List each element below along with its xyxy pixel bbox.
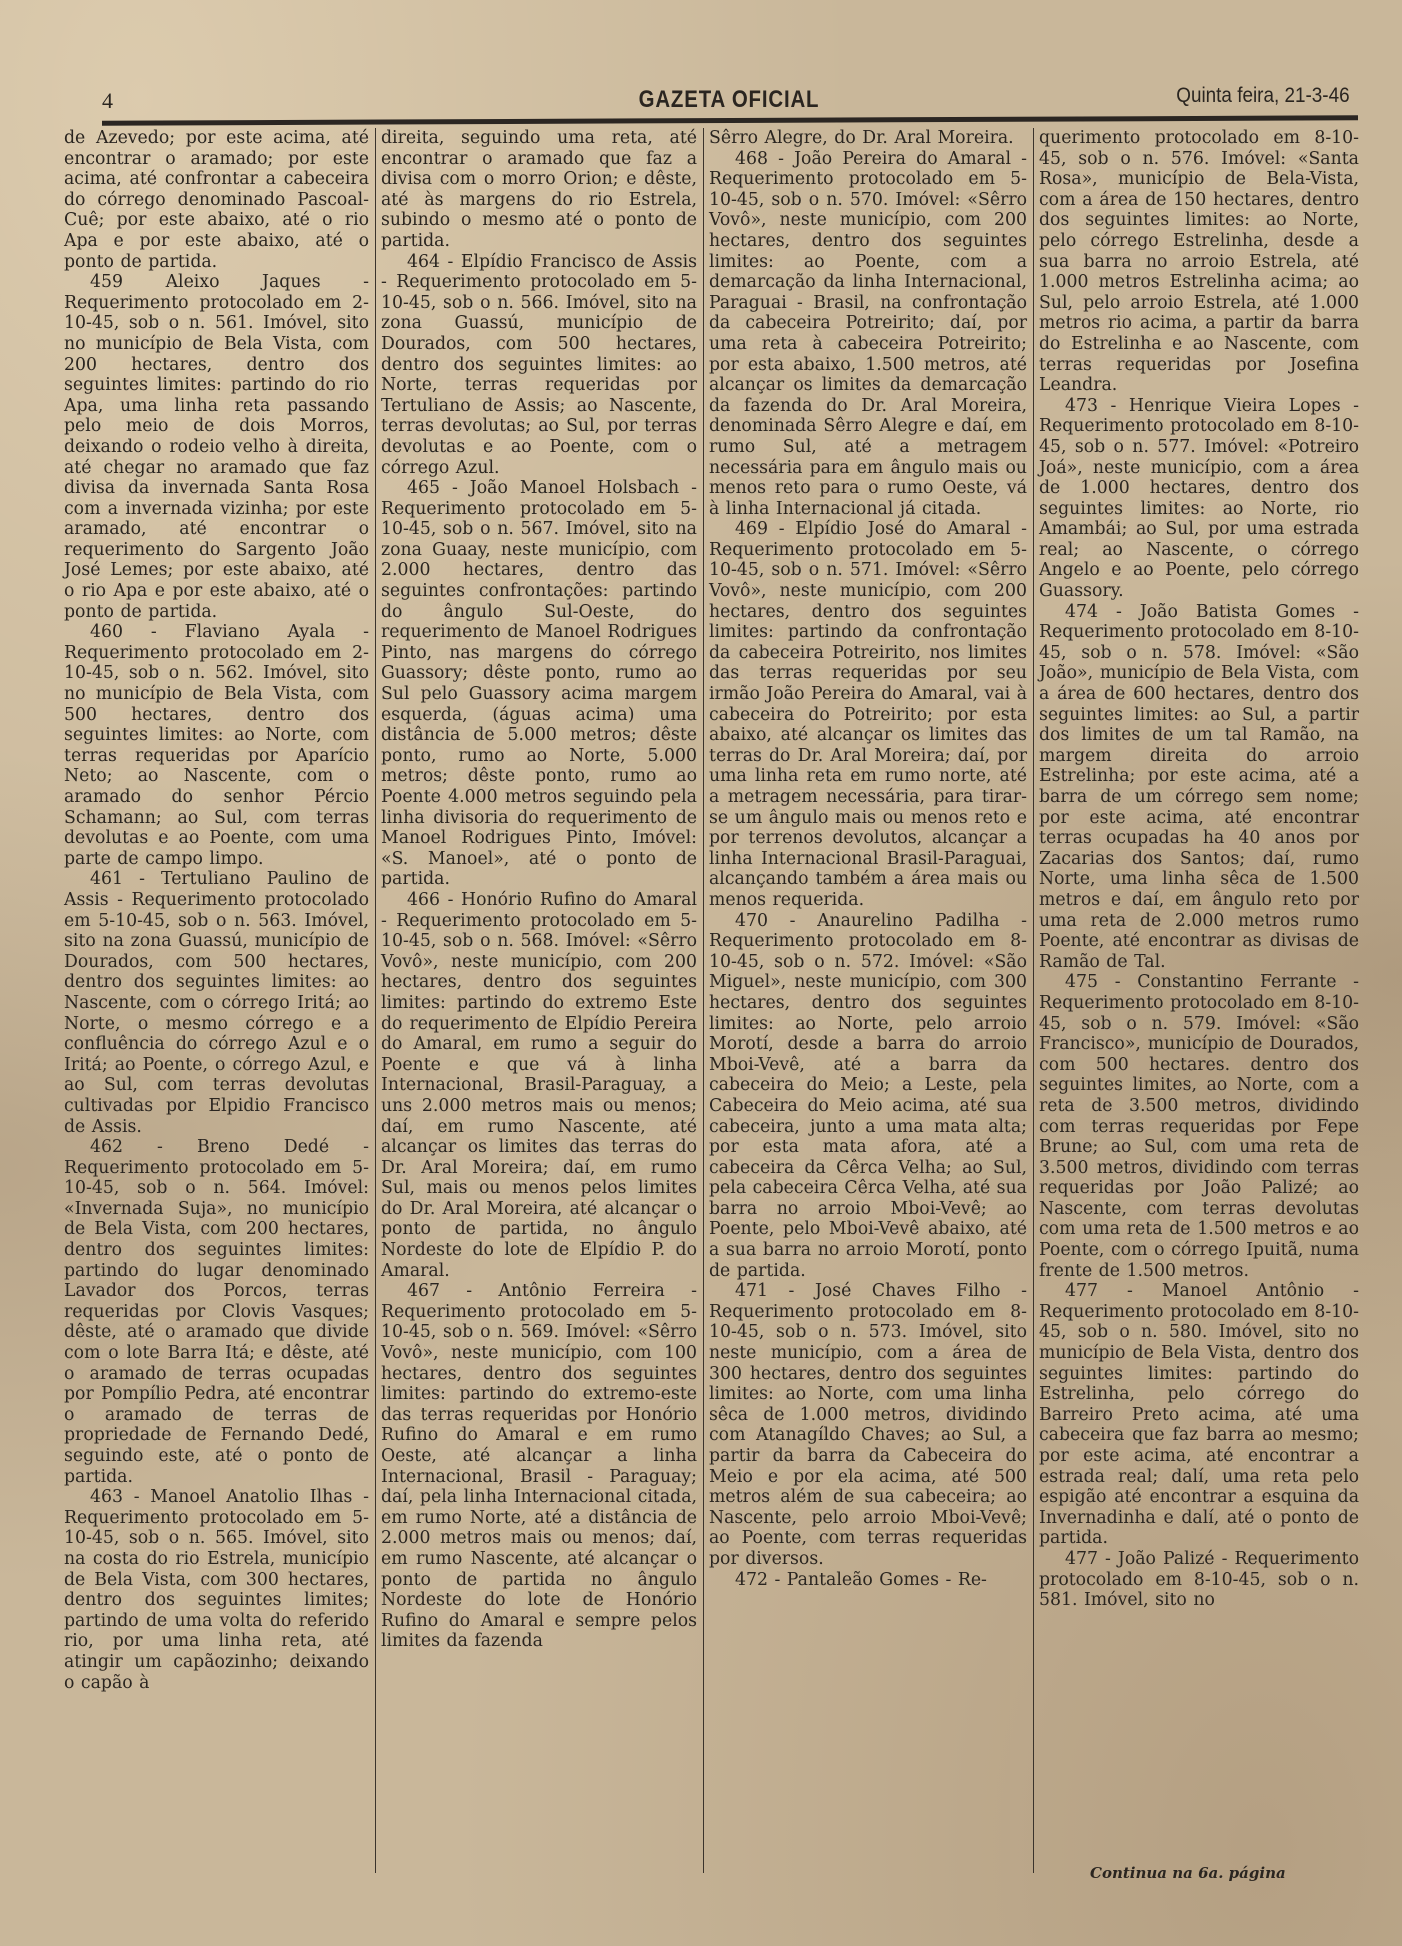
- entry-463: 463 - Manoel Anatolio Ilhas - Requerimen…: [64, 1487, 369, 1693]
- column-divider: [1033, 128, 1034, 1873]
- entry-461: 461 - Tertuliano Paulino de Assis - Requ…: [64, 869, 369, 1137]
- continued-paragraph: Sêrro Alegre, do Dr. Aral Moreira.: [709, 128, 1027, 149]
- entry-473: 473 - Henrique Vieira Lopes - Requerimen…: [1039, 396, 1359, 602]
- column-1: de Azevedo; por este acima, até encontra…: [64, 128, 369, 1888]
- column-divider: [375, 128, 376, 1873]
- entry-469: 469 - Elpídio José do Amaral - Requerime…: [709, 519, 1027, 910]
- continued-paragraph: querimento protocolado em 8-10-45, sob o…: [1039, 128, 1359, 396]
- article-columns: de Azevedo; por este acima, até encontra…: [64, 128, 1374, 1888]
- column-3: Sêrro Alegre, do Dr. Aral Moreira. 468 -…: [709, 128, 1027, 1888]
- continued-paragraph: de Azevedo; por este acima, até encontra…: [64, 128, 369, 272]
- entry-467: 467 - Antônio Ferreira - Requerimento pr…: [381, 1281, 697, 1652]
- entry-472: 472 - Pantaleão Gomes - Re-: [709, 1570, 1027, 1591]
- entry-465: 465 - João Manoel Holsbach - Requeriment…: [381, 478, 697, 890]
- column-2: direita, seguindo uma reta, até encontra…: [381, 128, 697, 1888]
- continuation-note: Continua na 6a. página: [1090, 1864, 1286, 1882]
- entry-464: 464 - Elpídio Francisco de Assis - Reque…: [381, 252, 697, 479]
- masthead-rule: [102, 115, 1358, 125]
- entry-471: 471 - José Chaves Filho - Requerimento p…: [709, 1281, 1027, 1569]
- entry-475: 475 - Constantino Ferrante - Requeriment…: [1039, 972, 1359, 1281]
- newspaper-page: 4 GAZETA OFICIAL Quinta feira, 21-3-46 d…: [0, 0, 1402, 1946]
- entry-470: 470 - Anaurelino Padilha - Requerimento …: [709, 911, 1027, 1282]
- masthead: 4 GAZETA OFICIAL Quinta feira, 21-3-46: [98, 84, 1360, 116]
- column-divider: [703, 128, 704, 1873]
- newspaper-title: GAZETA OFICIAL: [193, 86, 1266, 114]
- entry-477-joao-palize: 477 - João Palizé - Requerimento protoco…: [1039, 1549, 1359, 1611]
- continued-paragraph: direita, seguindo uma reta, até encontra…: [381, 128, 697, 252]
- issue-date: Quinta feira, 21-3-46: [1177, 84, 1350, 108]
- entry-460: 460 - Flaviano Ayala - Requerimento prot…: [64, 622, 369, 869]
- entry-466: 466 - Honório Rufino do Amaral - Requeri…: [381, 890, 697, 1281]
- page-number: 4: [102, 88, 113, 114]
- column-4: querimento protocolado em 8-10-45, sob o…: [1039, 128, 1359, 1888]
- entry-462: 462 - Breno Dedé - Requerimento protocol…: [64, 1137, 369, 1487]
- entry-459: 459 Aleixo Jaques - Requerimento protoco…: [64, 272, 369, 622]
- entry-474: 474 - João Batista Gomes - Requerimento …: [1039, 602, 1359, 973]
- entry-477-manoel-antonio: 477 - Manoel Antônio - Requerimento prot…: [1039, 1281, 1359, 1549]
- entry-468: 468 - João Pereira do Amaral - Requerime…: [709, 149, 1027, 520]
